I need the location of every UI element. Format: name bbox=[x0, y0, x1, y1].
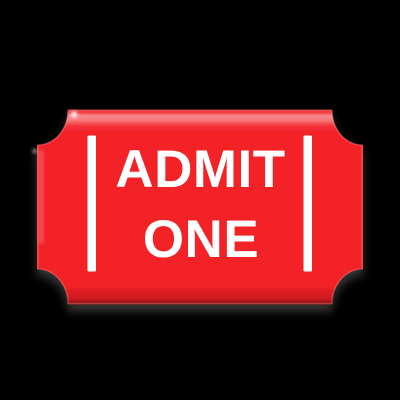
ticket-text-line1: ADMIT bbox=[115, 140, 285, 199]
canvas: ADMIT ONE bbox=[0, 0, 400, 400]
admit-one-ticket: ADMIT ONE bbox=[0, 0, 400, 400]
gloss-overlay bbox=[37, 110, 363, 305]
ticket-text-line2: ONE bbox=[143, 210, 259, 269]
specular-dot bbox=[71, 111, 77, 117]
right-rule bbox=[304, 136, 313, 272]
specular-dot-small bbox=[32, 149, 36, 153]
left-edge-sheen bbox=[40, 150, 43, 244]
left-rule bbox=[88, 136, 97, 272]
